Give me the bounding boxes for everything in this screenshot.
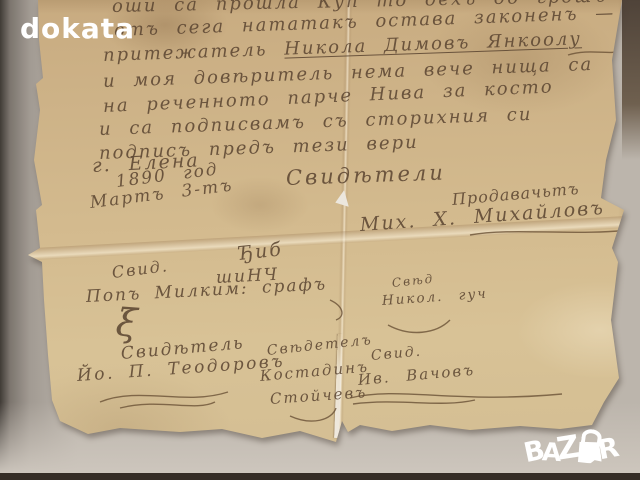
document-paper: оши са прошла Куп то дехъ до грошъ и отъ… bbox=[0, 0, 640, 480]
bazar-logo: B A Z R bbox=[523, 431, 619, 465]
signature-scrawl: Ђиб bbox=[237, 238, 284, 265]
photo-of-old-document: оши са прошла Куп то дехъ до грошъ и отъ… bbox=[0, 0, 640, 480]
logo-letter: R bbox=[596, 434, 622, 464]
ink-brace-flourish: ξ bbox=[114, 300, 140, 345]
watermark-dokata: dokata bbox=[20, 12, 135, 45]
paper-wrapper: оши са прошла Куп то дехъ до грошъ и отъ… bbox=[0, 0, 640, 480]
